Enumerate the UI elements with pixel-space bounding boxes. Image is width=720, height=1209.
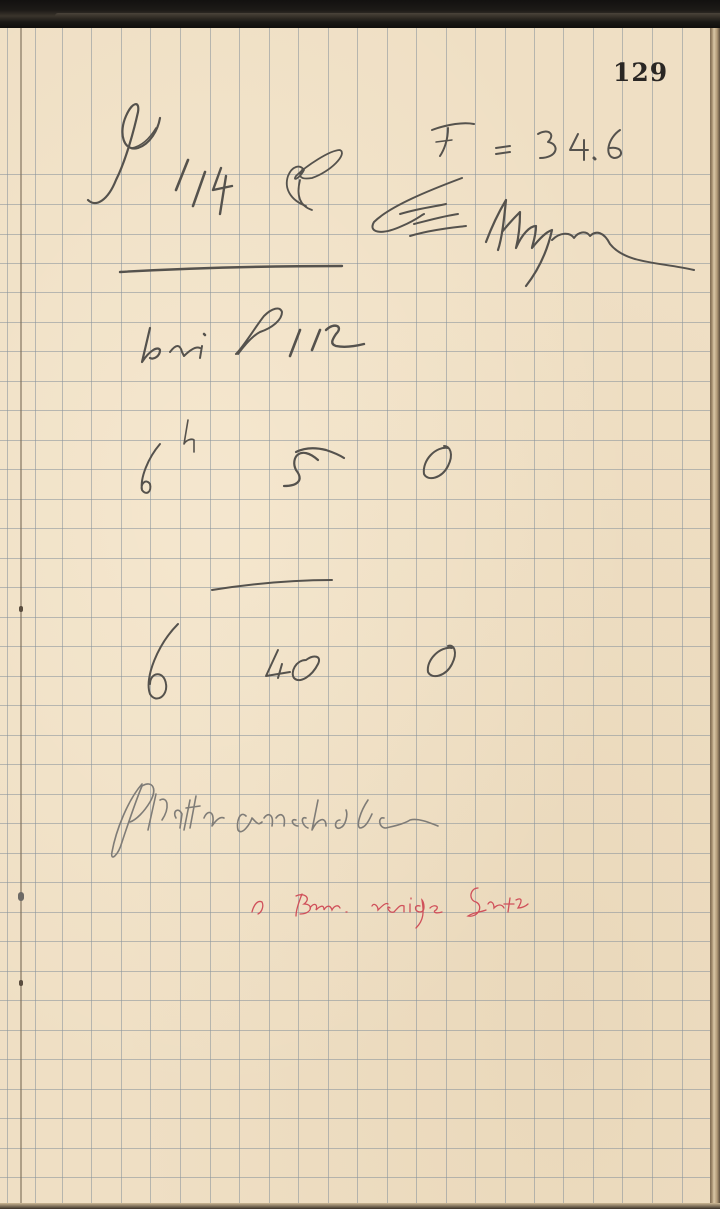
page-bottom-edge xyxy=(0,1203,720,1209)
grid-line xyxy=(0,764,710,765)
row1-hours: 6h xyxy=(140,420,200,495)
signature-text: E. Meyer xyxy=(370,190,690,280)
grid-line xyxy=(0,882,710,883)
grid-line xyxy=(7,28,8,1209)
red-note-text: s. Bem. vorige Seite xyxy=(248,886,532,930)
row2-hours: 6 xyxy=(140,620,180,700)
grid-line xyxy=(0,410,710,411)
grid-line xyxy=(0,1148,710,1149)
grid-line xyxy=(0,469,710,470)
grid-line xyxy=(0,1089,710,1090)
f-value-text: F = 34.6 xyxy=(430,120,630,160)
notebook-binding xyxy=(0,0,720,28)
row1-seconds: 0 xyxy=(420,440,460,485)
grid-line xyxy=(0,528,710,529)
notebook-page-viewport: 129 xyxy=(0,0,720,1209)
row1-minutes: 5 xyxy=(280,440,350,495)
binding-hole-mark xyxy=(19,606,23,612)
grid-line xyxy=(0,1118,710,1119)
page-fold-line xyxy=(20,28,22,1209)
grid-line xyxy=(0,1177,710,1178)
grid-line xyxy=(0,941,710,942)
grid-line xyxy=(62,28,63,1209)
grid-line xyxy=(0,1059,710,1060)
grid-line xyxy=(0,735,710,736)
grid-line xyxy=(357,28,358,1209)
grid-line xyxy=(0,381,710,382)
grid-line xyxy=(0,676,710,677)
binding-hole-mark xyxy=(18,892,24,901)
grid-line xyxy=(35,28,36,1209)
page-right-edge xyxy=(710,28,720,1209)
grid-line xyxy=(0,705,710,706)
grid-line xyxy=(0,440,710,441)
grid-line xyxy=(0,499,710,500)
grid-line xyxy=(0,292,710,293)
grid-line xyxy=(0,587,710,588)
row2-seconds: 0 xyxy=(424,640,464,685)
grid-line xyxy=(0,617,710,618)
binding-hole-mark xyxy=(19,980,23,986)
grid-line xyxy=(0,1000,710,1001)
reference-text: bei S 112 xyxy=(140,310,370,360)
grid-line xyxy=(0,971,710,972)
row2-minutes: 40 xyxy=(262,645,326,685)
binding-edge xyxy=(55,13,720,19)
grid-line xyxy=(0,646,710,647)
pencil-note-text: Platte verschoben xyxy=(108,780,443,860)
page-number: 129 xyxy=(613,58,668,87)
grid-line xyxy=(0,1030,710,1031)
grid-line xyxy=(0,558,710,559)
heading-text: S 114 C xyxy=(86,130,356,210)
